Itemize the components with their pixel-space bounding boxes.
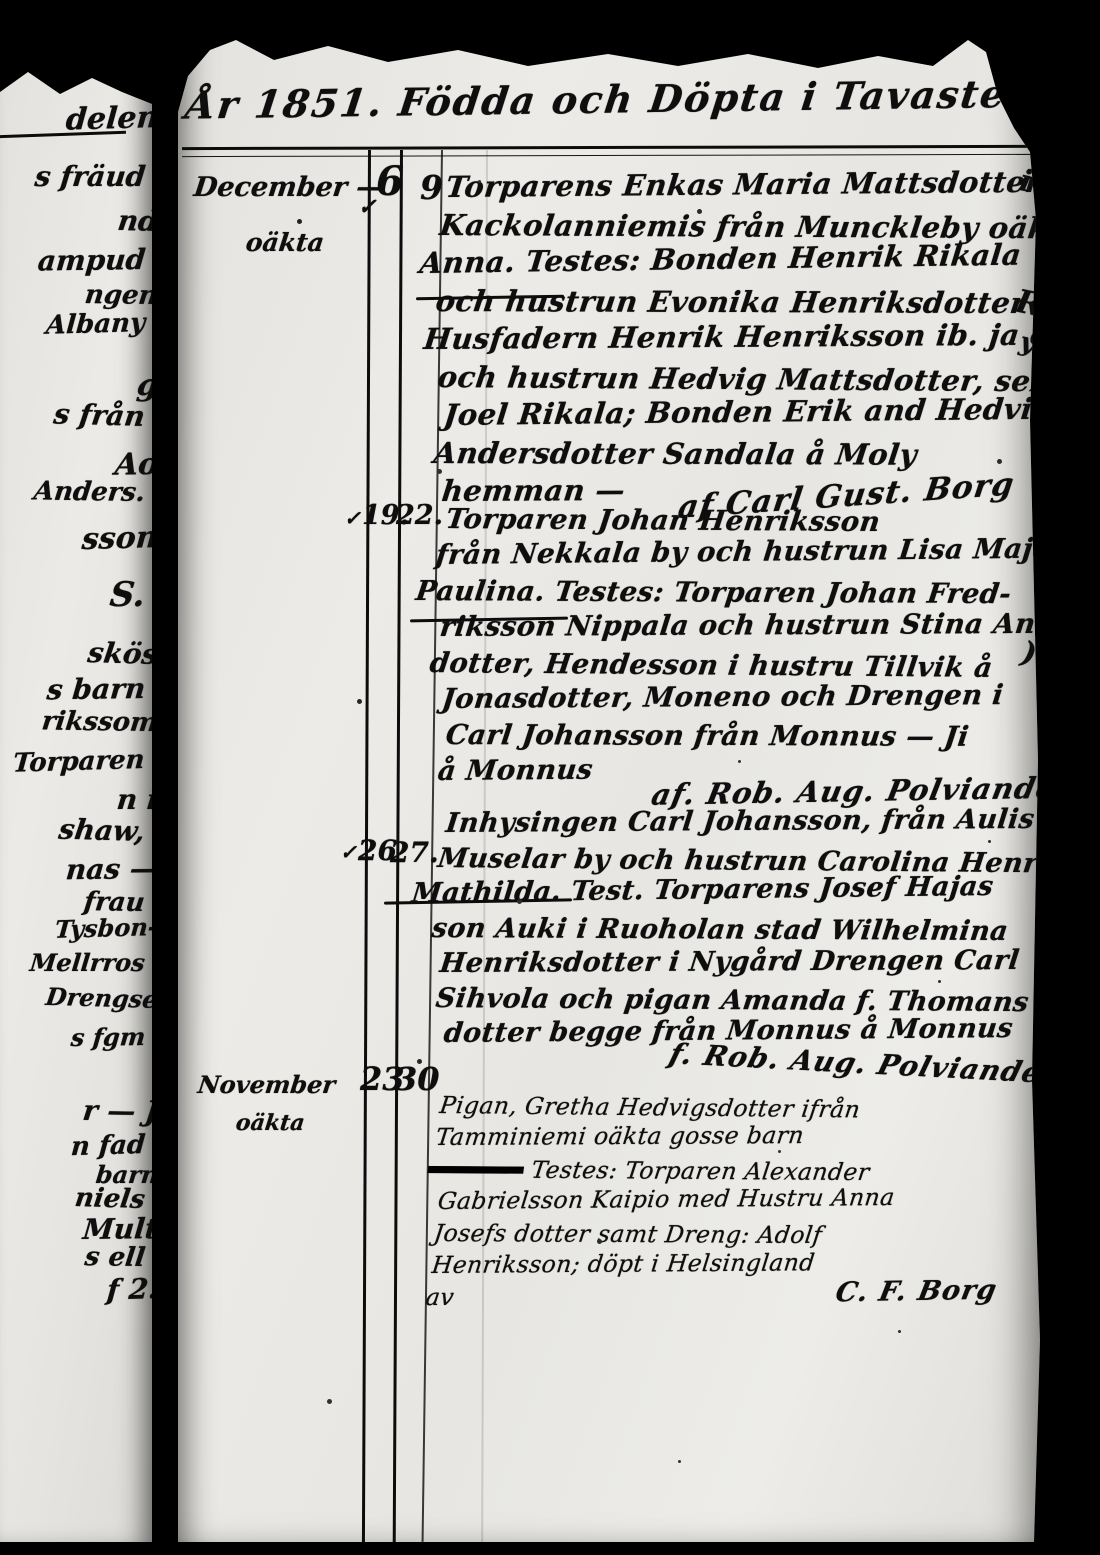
entry-checkmark: ✓	[344, 506, 361, 530]
left-page-text-fragment: Mellrros	[29, 948, 147, 977]
handwriting-line: Josefs dotter samt Dreng: Adolf	[432, 1219, 824, 1249]
left-page-text-fragment: Mult	[82, 1212, 152, 1246]
handwriting-line: Gabrielsson Kaipio med Hustru Anna	[436, 1183, 896, 1215]
scanned-register-photo: delens fräudndampudngenAlbanygs frånAoAn…	[0, 0, 1100, 1555]
entry-checkmark: ✓	[340, 840, 357, 864]
left-page-text-fragment: s fräud	[33, 160, 147, 193]
handwriting-line: riksson Nippala och hustrun Stina Anders…	[438, 607, 1100, 643]
corner-ink-mark: ö	[220, 18, 238, 44]
left-page-text-fragment: n fad	[70, 1130, 146, 1162]
left-page-text-fragment: Drengse	[44, 982, 152, 1014]
handwriting-line: Torparen Johan Henriksson	[444, 503, 882, 538]
handwriting-line: Henriksson; döpt i Helsingland	[430, 1248, 816, 1279]
entry-date-baptized: 27.	[390, 836, 439, 869]
left-page-text-fragment: Albany	[45, 308, 146, 341]
left-page-text-fragment: s fgm	[69, 1022, 146, 1052]
left-page-text-fragment: s ell	[83, 1242, 147, 1273]
left-page-text-fragment: Torparen	[12, 745, 146, 779]
left-page-text-fragment: rikssom	[41, 706, 152, 738]
header-rule	[182, 145, 1036, 157]
left-page-text-fragment: n i	[116, 783, 152, 816]
handwriting-line: å Monnus	[436, 754, 594, 787]
left-page-text-fragment: s barn	[45, 672, 146, 706]
handwriting-line: Torparens Enkas Maria Mattsdotter	[444, 165, 1043, 204]
handwriting-line: Husfadern Henrik Henriksson ib. ja och	[422, 317, 1091, 356]
left-page-text-fragment: niels	[73, 1183, 147, 1215]
left-page-text-fragment: S.	[108, 575, 147, 615]
handwriting-line: Henriksdotter i Nygård Drengen Carl	[438, 945, 1021, 979]
left-page-text-fragment: sson	[81, 520, 152, 557]
entry-month-label: November	[196, 1070, 337, 1099]
left-page-text-fragment: delen	[64, 100, 152, 138]
left-page-text-fragment: g	[135, 368, 152, 403]
handwriting-line: Tamminiemi oäkta gosse barn	[434, 1121, 805, 1151]
entry-date-baptized: 30	[395, 1060, 440, 1098]
left-page-text-fragment: Anders.	[32, 476, 147, 508]
entry-date-born: 6	[376, 158, 404, 205]
handwriting-line: Mathilda. Test. Torparens Josef Hajas	[410, 871, 995, 909]
entry-date-baptized: 9	[420, 168, 443, 207]
left-page-text-fragment: ngen	[84, 280, 152, 311]
left-page-text-fragment: s från	[52, 398, 147, 433]
left-page-text-fragment: f 2.	[106, 1272, 152, 1307]
left-page-strip: delens fräudndampudngenAlbanygs frånAoAn…	[0, 0, 152, 1542]
handwriting-line: av	[424, 1283, 456, 1311]
priest-signature: C. F. Borg	[833, 1275, 1000, 1309]
left-page-text-fragment: r — J	[81, 1094, 152, 1128]
scan-speckles	[178, 0, 181, 3]
handwriting-line: ———— Testes: Torparen Alexander	[426, 1155, 871, 1186]
struck-out-word: ————	[426, 1155, 525, 1184]
handwriting-line: Jonasdotter, Moneno och Drengen i	[440, 679, 1005, 715]
handwriting-line: dotter, Hendesson i hustru Tillvik å	[428, 647, 995, 684]
handwriting-line: från Nekkala by och hustrun Lisa Majanie…	[434, 531, 1100, 571]
left-page-text-fragment: ampud	[36, 243, 146, 278]
handwriting-line: Inhysingen Carl Johansson, från Aulis i	[444, 804, 1056, 839]
register-page: ö År 1851. Födda och Döpta i Tavastehus …	[178, 0, 1044, 1542]
handwriting-line: Anna. Testes: Bonden Henrik Rikala	[418, 238, 1023, 280]
edge-ink-mark: )	[1019, 635, 1040, 672]
handwriting-line: Paulina. Testes: Torparen Johan Fred-	[414, 575, 1013, 610]
left-page-text-fragment: nd	[116, 204, 152, 238]
entry-date-baptized: 22.	[396, 500, 443, 531]
handwriting-line: Andersdotter Sandala å Moly	[432, 436, 919, 472]
entry-status-label: oäkta	[244, 228, 326, 257]
handwriting-line: Pigan, Gretha Hedvigsdotter ifrån	[438, 1091, 862, 1123]
handwriting-line: son Auki i Ruoholan stad Wilhelmina	[430, 913, 1010, 947]
handwriting-line: Joel Rikala; Bonden Erik and Hedvig	[442, 392, 1055, 432]
entry-month-label: December —	[192, 172, 385, 203]
handwriting-line: och hustrun Evonika Henriksdotter	[434, 284, 1028, 320]
entry-status-label: oäkta	[234, 1110, 306, 1136]
priest-signature: f. Rob. Aug. Polviander å	[666, 1037, 1092, 1091]
left-page-text-fragment: nas —	[64, 852, 152, 886]
page-title: År 1851. Födda och Döpta i Tavastehus Lä…	[183, 65, 1100, 127]
entry-checkmark: ✓	[358, 194, 376, 220]
handwriting-line: Carl Johansson från Monnus — Ji	[444, 719, 971, 753]
left-page-text-fragment: shaw,	[57, 813, 147, 848]
left-page-text-fragment: Tysbon-	[54, 912, 152, 944]
left-page-text-fragment: skös	[86, 636, 152, 671]
